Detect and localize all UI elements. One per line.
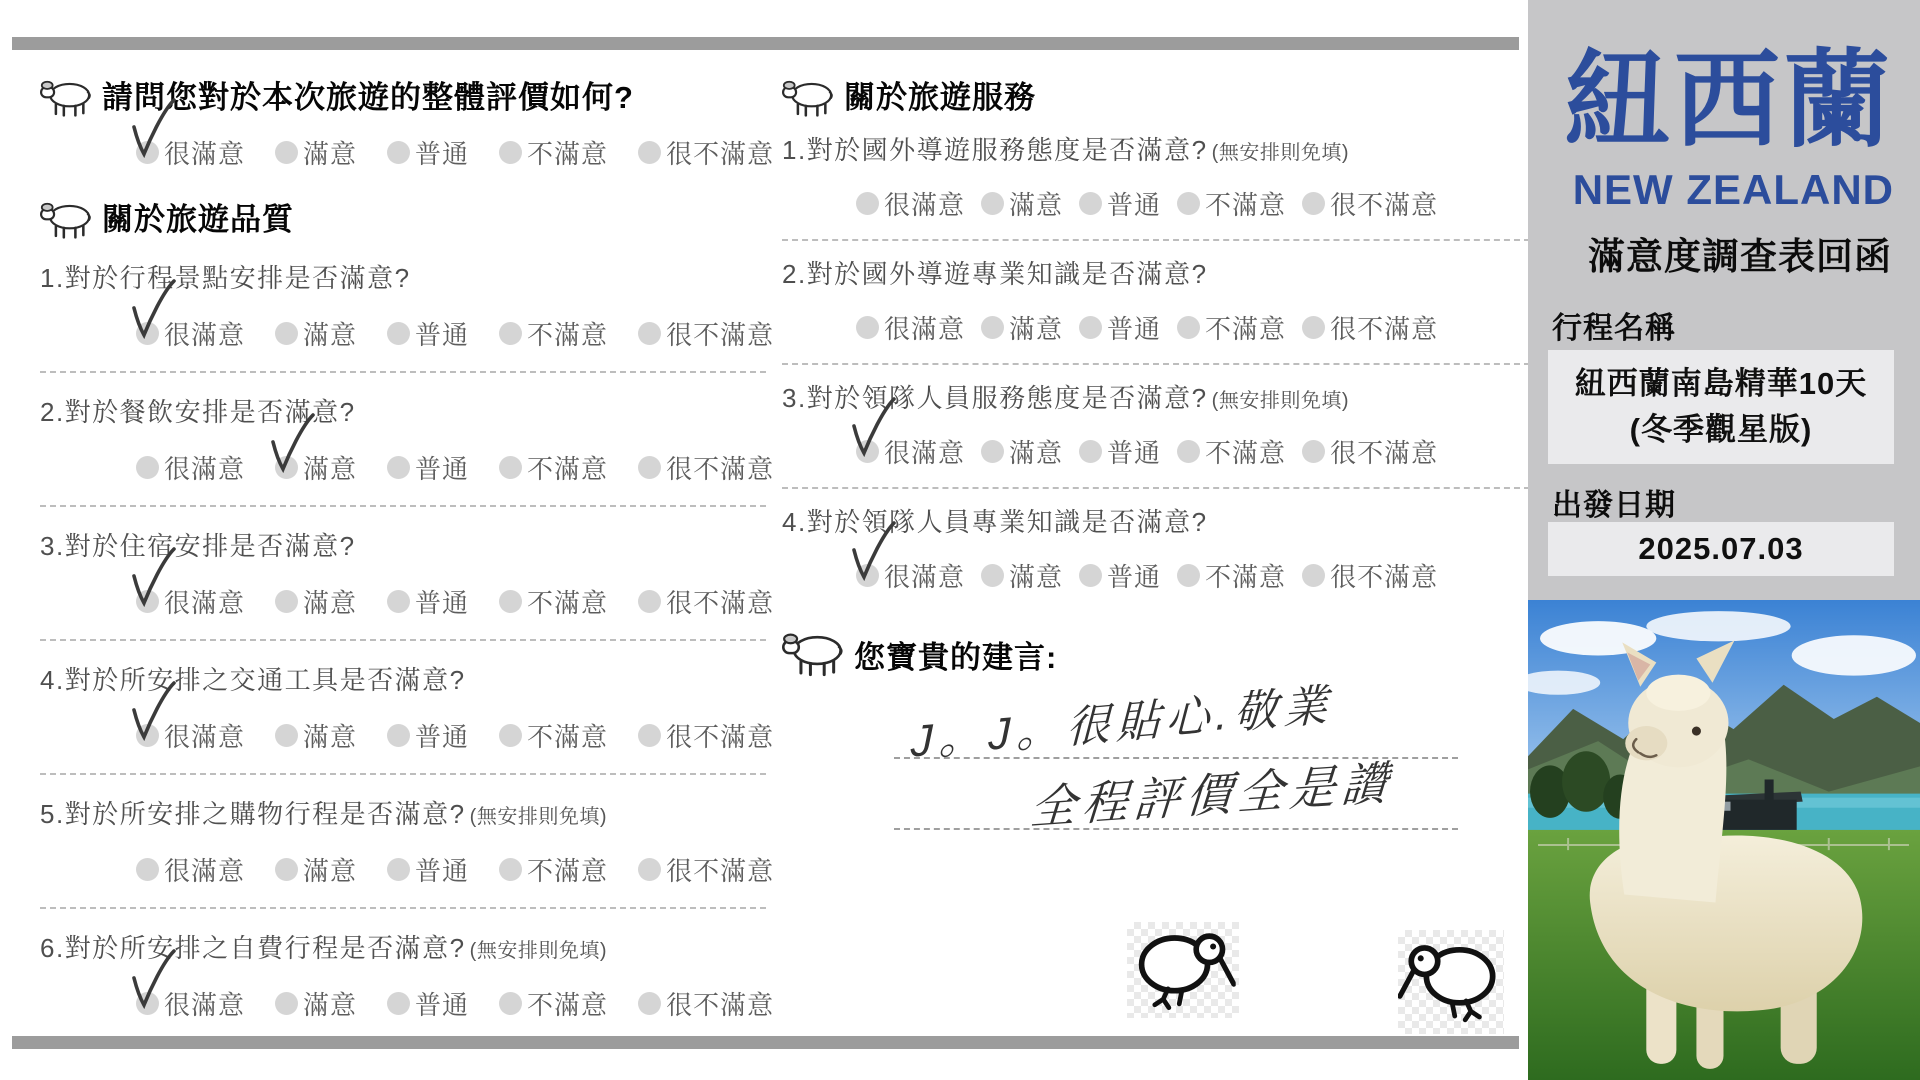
option-label: 普通 bbox=[1107, 557, 1161, 594]
handwriting-text: 全程評價全是讚 bbox=[1028, 746, 1396, 838]
radio-dot-icon[interactable] bbox=[856, 192, 879, 215]
itinerary-label: 行程名稱 bbox=[1552, 303, 1676, 347]
handwriting-area: J。J。很貼心.敬業 全程評價全是讚 bbox=[782, 685, 1530, 915]
radio-option[interactable]: 不滿意 bbox=[499, 717, 608, 754]
radio-option[interactable]: 很不滿意 bbox=[638, 583, 774, 620]
radio-option[interactable]: 很滿意 bbox=[856, 185, 965, 222]
radio-option[interactable]: 很滿意 bbox=[136, 851, 245, 888]
options-row: 很滿意滿意普通不滿意很不滿意 bbox=[136, 988, 766, 1019]
left-column: 請問您對於本次旅遊的整體評價如何? 很滿意滿意普通不滿意很不滿意 關於旅遊品質 … bbox=[40, 60, 766, 1019]
radio-dot-icon[interactable] bbox=[275, 141, 298, 164]
radio-option[interactable]: 很滿意 bbox=[136, 449, 245, 486]
radio-option[interactable]: 不滿意 bbox=[1177, 433, 1286, 470]
radio-dot-icon[interactable] bbox=[136, 322, 159, 345]
question-text: 3.對於領隊人員服務態度是否滿意?(無安排則免填) bbox=[782, 381, 1530, 418]
question-label: 1.對於國外導遊服務態度是否滿意? bbox=[782, 135, 1208, 165]
question-text: 6.對於所安排之自費行程是否滿意?(無安排則免填) bbox=[40, 931, 766, 968]
option-label: 很不滿意 bbox=[666, 449, 774, 486]
radio-option[interactable]: 不滿意 bbox=[1177, 557, 1286, 594]
option-label: 普通 bbox=[415, 717, 469, 754]
radio-option[interactable]: 很滿意 bbox=[136, 134, 245, 171]
radio-dot-icon[interactable] bbox=[387, 456, 410, 479]
radio-option[interactable]: 普通 bbox=[1079, 433, 1161, 470]
option-label: 滿意 bbox=[303, 717, 357, 754]
destination-title-zh: 紐西蘭 bbox=[1564, 46, 1894, 156]
radio-option[interactable]: 不滿意 bbox=[499, 985, 608, 1022]
radio-option[interactable]: 滿意 bbox=[981, 309, 1063, 346]
radio-option[interactable]: 很滿意 bbox=[136, 985, 245, 1022]
options-row: 很滿意滿意普通不滿意很不滿意 bbox=[136, 452, 766, 483]
radio-option[interactable]: 滿意 bbox=[275, 583, 357, 620]
radio-option[interactable]: 普通 bbox=[387, 717, 469, 754]
radio-option[interactable]: 很不滿意 bbox=[638, 449, 774, 486]
radio-option[interactable]: 普通 bbox=[387, 134, 469, 171]
quality-section-title: 關於旅遊品質 bbox=[102, 194, 294, 239]
question-note: (無安排則免填) bbox=[470, 940, 607, 962]
option-label: 普通 bbox=[415, 851, 469, 888]
separator bbox=[40, 505, 766, 507]
departure-date-box: 2025.07.03 bbox=[1548, 522, 1894, 576]
overall-section-title: 請問您對於本次旅遊的整體評價如何? bbox=[102, 72, 634, 117]
question-text: 4.對於所安排之交通工具是否滿意? bbox=[40, 663, 766, 700]
question-block: 3.對於領隊人員服務態度是否滿意?(無安排則免填) 很滿意滿意普通不滿意很不滿意 bbox=[782, 381, 1530, 489]
radio-dot-icon[interactable] bbox=[387, 590, 410, 613]
option-label: 很滿意 bbox=[164, 315, 245, 352]
sheep-icon bbox=[782, 79, 834, 117]
radio-dot-icon[interactable] bbox=[1302, 440, 1325, 463]
radio-option[interactable]: 很滿意 bbox=[136, 583, 245, 620]
radio-option[interactable]: 滿意 bbox=[275, 315, 357, 352]
radio-dot-icon[interactable] bbox=[136, 858, 159, 881]
separator bbox=[40, 773, 766, 775]
survey-form-page: 請問您對於本次旅遊的整體評價如何? 很滿意滿意普通不滿意很不滿意 關於旅遊品質 … bbox=[0, 0, 1920, 1080]
radio-dot-icon[interactable] bbox=[638, 590, 661, 613]
options-row: 很滿意滿意普通不滿意很不滿意 bbox=[136, 720, 766, 751]
bottom-gray-bar bbox=[12, 1036, 1519, 1049]
option-label: 普通 bbox=[1107, 185, 1161, 222]
question-text: 2.對於餐飲安排是否滿意? bbox=[40, 395, 766, 432]
option-label: 很滿意 bbox=[164, 449, 245, 486]
radio-dot-icon[interactable] bbox=[638, 141, 661, 164]
radio-option[interactable]: 不滿意 bbox=[1177, 309, 1286, 346]
radio-dot-icon[interactable] bbox=[499, 141, 522, 164]
radio-option[interactable]: 滿意 bbox=[981, 433, 1063, 470]
radio-dot-icon[interactable] bbox=[856, 564, 879, 587]
radio-dot-icon[interactable] bbox=[1177, 564, 1200, 587]
radio-option[interactable]: 滿意 bbox=[981, 185, 1063, 222]
question-text: 1.對於行程景點安排是否滿意? bbox=[40, 261, 766, 298]
option-label: 不滿意 bbox=[527, 717, 608, 754]
radio-option[interactable]: 很不滿意 bbox=[1302, 557, 1438, 594]
radio-option[interactable]: 普通 bbox=[387, 315, 469, 352]
radio-option[interactable]: 很滿意 bbox=[856, 309, 965, 346]
options-row: 很滿意滿意普通不滿意很不滿意 bbox=[856, 436, 1530, 467]
radio-option[interactable]: 普通 bbox=[387, 985, 469, 1022]
question-block: 1.對於行程景點安排是否滿意? 很滿意滿意普通不滿意很不滿意 bbox=[40, 261, 766, 373]
question-text: 3.對於住宿安排是否滿意? bbox=[40, 529, 766, 566]
radio-dot-icon[interactable] bbox=[136, 992, 159, 1015]
separator bbox=[40, 907, 766, 909]
radio-dot-icon[interactable] bbox=[856, 440, 879, 463]
option-label: 普通 bbox=[415, 985, 469, 1022]
overall-section-header: 請問您對於本次旅遊的整體評價如何? bbox=[40, 72, 766, 117]
option-label: 很滿意 bbox=[164, 134, 245, 171]
radio-option[interactable]: 滿意 bbox=[275, 717, 357, 754]
option-label: 滿意 bbox=[303, 851, 357, 888]
radio-dot-icon[interactable] bbox=[499, 724, 522, 747]
radio-option[interactable]: 不滿意 bbox=[499, 315, 608, 352]
question-text: 5.對於所安排之購物行程是否滿意?(無安排則免填) bbox=[40, 797, 766, 834]
suggestion-section-header: 您寶貴的建言: bbox=[782, 631, 1530, 677]
right-column: 關於旅遊服務 1.對於國外導遊服務態度是否滿意?(無安排則免填) 很滿意滿意普通… bbox=[782, 60, 1530, 915]
sheep-icon bbox=[40, 201, 92, 239]
option-label: 很不滿意 bbox=[666, 717, 774, 754]
radio-dot-icon[interactable] bbox=[136, 724, 159, 747]
options-row: 很滿意滿意普通不滿意很不滿意 bbox=[136, 137, 766, 168]
radio-dot-icon[interactable] bbox=[1177, 316, 1200, 339]
question-block: 1.對於國外導遊服務態度是否滿意?(無安排則免填) 很滿意滿意普通不滿意很不滿意 bbox=[782, 133, 1530, 241]
departure-date-value: 2025.07.03 bbox=[1638, 531, 1803, 567]
options-row: 很滿意滿意普通不滿意很不滿意 bbox=[136, 318, 766, 349]
radio-dot-icon[interactable] bbox=[275, 322, 298, 345]
separator bbox=[40, 371, 766, 373]
radio-dot-icon[interactable] bbox=[1302, 316, 1325, 339]
option-label: 很滿意 bbox=[884, 433, 965, 470]
radio-dot-icon[interactable] bbox=[136, 456, 159, 479]
radio-dot-icon[interactable] bbox=[1302, 192, 1325, 215]
option-label: 普通 bbox=[1107, 433, 1161, 470]
option-label: 滿意 bbox=[1009, 185, 1063, 222]
option-label: 很滿意 bbox=[884, 185, 965, 222]
option-label: 不滿意 bbox=[1205, 185, 1286, 222]
radio-option[interactable]: 滿意 bbox=[275, 851, 357, 888]
option-label: 很不滿意 bbox=[1330, 557, 1438, 594]
question-block: 2.對於餐飲安排是否滿意? 很滿意滿意普通不滿意很不滿意 bbox=[40, 395, 766, 507]
question-label: 6.對於所安排之自費行程是否滿意? bbox=[40, 933, 466, 963]
radio-option[interactable]: 很滿意 bbox=[136, 315, 245, 352]
question-note: (無安排則免填) bbox=[470, 806, 607, 828]
radio-dot-icon[interactable] bbox=[275, 590, 298, 613]
kiwi-icon bbox=[1398, 930, 1504, 1034]
sidebar: 紐西蘭 NEW ZEALAND 滿意度調查表回函 行程名稱 紐西蘭南島精華10天… bbox=[1528, 0, 1920, 1080]
option-label: 不滿意 bbox=[1205, 309, 1286, 346]
radio-dot-icon[interactable] bbox=[136, 590, 159, 613]
question-block: 3.對於住宿安排是否滿意? 很滿意滿意普通不滿意很不滿意 bbox=[40, 529, 766, 641]
option-label: 不滿意 bbox=[527, 134, 608, 171]
radio-dot-icon[interactable] bbox=[275, 724, 298, 747]
radio-dot-icon[interactable] bbox=[387, 141, 410, 164]
question-label: 5.對於所安排之購物行程是否滿意? bbox=[40, 799, 466, 829]
question-block: 4.對於所安排之交通工具是否滿意? 很滿意滿意普通不滿意很不滿意 bbox=[40, 663, 766, 775]
radio-dot-icon[interactable] bbox=[1302, 564, 1325, 587]
radio-option[interactable]: 很滿意 bbox=[856, 433, 965, 470]
option-label: 很滿意 bbox=[164, 851, 245, 888]
option-label: 不滿意 bbox=[527, 449, 608, 486]
option-label: 不滿意 bbox=[527, 851, 608, 888]
question-label: 2.對於餐飲安排是否滿意? bbox=[40, 397, 356, 427]
option-label: 很滿意 bbox=[164, 583, 245, 620]
option-label: 不滿意 bbox=[1205, 557, 1286, 594]
radio-option[interactable]: 普通 bbox=[1079, 185, 1161, 222]
radio-option[interactable]: 很滿意 bbox=[136, 717, 245, 754]
radio-dot-icon[interactable] bbox=[499, 858, 522, 881]
question-block: 6.對於所安排之自費行程是否滿意?(無安排則免填) 很滿意滿意普通不滿意很不滿意 bbox=[40, 931, 766, 1019]
radio-option[interactable]: 不滿意 bbox=[499, 449, 608, 486]
option-label: 很不滿意 bbox=[666, 583, 774, 620]
option-label: 不滿意 bbox=[527, 985, 608, 1022]
radio-option[interactable]: 滿意 bbox=[275, 985, 357, 1022]
radio-option[interactable]: 普通 bbox=[387, 583, 469, 620]
question-note: (無安排則免填) bbox=[1212, 142, 1349, 164]
options-row: 很滿意滿意普通不滿意很不滿意 bbox=[856, 188, 1530, 219]
radio-dot-icon[interactable] bbox=[638, 322, 661, 345]
radio-dot-icon[interactable] bbox=[499, 992, 522, 1015]
radio-dot-icon[interactable] bbox=[387, 724, 410, 747]
option-label: 很滿意 bbox=[164, 985, 245, 1022]
radio-option[interactable]: 很不滿意 bbox=[638, 851, 774, 888]
option-label: 很不滿意 bbox=[1330, 185, 1438, 222]
option-label: 很不滿意 bbox=[666, 851, 774, 888]
option-label: 很不滿意 bbox=[1330, 433, 1438, 470]
radio-dot-icon[interactable] bbox=[1177, 440, 1200, 463]
itinerary-name-line1: 紐西蘭南島精華10天 bbox=[1575, 361, 1867, 407]
alpaca-photo bbox=[1528, 600, 1920, 1080]
question-label: 4.對於領隊人員專業知識是否滿意? bbox=[782, 507, 1208, 537]
question-block: 2.對於國外導遊專業知識是否滿意? 很滿意滿意普通不滿意很不滿意 bbox=[782, 257, 1530, 365]
date-label: 出發日期 bbox=[1552, 480, 1676, 524]
option-label: 很不滿意 bbox=[1330, 309, 1438, 346]
radio-dot-icon[interactable] bbox=[638, 724, 661, 747]
radio-option[interactable]: 不滿意 bbox=[499, 583, 608, 620]
suggestion-section: 您寶貴的建言: J。J。很貼心.敬業 全程評價全是讚 bbox=[782, 631, 1530, 915]
itinerary-name-box: 紐西蘭南島精華10天 (冬季觀星版) bbox=[1548, 350, 1894, 464]
question-text: 4.對於領隊人員專業知識是否滿意? bbox=[782, 505, 1530, 542]
question-note: (無安排則免填) bbox=[1212, 390, 1349, 412]
question-block: 4.對於領隊人員專業知識是否滿意? 很滿意滿意普通不滿意很不滿意 bbox=[782, 505, 1530, 591]
option-label: 普通 bbox=[415, 315, 469, 352]
separator bbox=[782, 487, 1530, 489]
radio-dot-icon[interactable] bbox=[499, 322, 522, 345]
radio-dot-icon[interactable] bbox=[1079, 440, 1102, 463]
option-label: 普通 bbox=[415, 583, 469, 620]
radio-dot-icon[interactable] bbox=[275, 992, 298, 1015]
option-label: 不滿意 bbox=[1205, 433, 1286, 470]
radio-dot-icon[interactable] bbox=[275, 858, 298, 881]
radio-dot-icon[interactable] bbox=[387, 858, 410, 881]
options-row: 很滿意滿意普通不滿意很不滿意 bbox=[136, 586, 766, 617]
radio-dot-icon[interactable] bbox=[981, 564, 1004, 587]
service-section-header: 關於旅遊服務 bbox=[782, 72, 1530, 117]
quality-section-header: 關於旅遊品質 bbox=[40, 194, 766, 239]
question-label: 3.對於住宿安排是否滿意? bbox=[40, 531, 356, 561]
option-label: 滿意 bbox=[303, 985, 357, 1022]
suggestion-section-title: 您寶貴的建言: bbox=[854, 632, 1057, 677]
top-gray-bar bbox=[12, 37, 1519, 50]
radio-option[interactable]: 不滿意 bbox=[499, 134, 608, 171]
radio-option[interactable]: 滿意 bbox=[275, 449, 357, 486]
radio-dot-icon[interactable] bbox=[387, 322, 410, 345]
option-label: 很滿意 bbox=[164, 717, 245, 754]
radio-dot-icon[interactable] bbox=[638, 456, 661, 479]
question-text: 2.對於國外導遊專業知識是否滿意? bbox=[782, 257, 1530, 294]
question-block: 5.對於所安排之購物行程是否滿意?(無安排則免填) 很滿意滿意普通不滿意很不滿意 bbox=[40, 797, 766, 909]
kiwi-icon bbox=[1127, 922, 1239, 1018]
separator bbox=[782, 363, 1530, 365]
radio-dot-icon[interactable] bbox=[1079, 316, 1102, 339]
radio-dot-icon[interactable] bbox=[1079, 564, 1102, 587]
form-subtitle: 滿意度調查表回函 bbox=[1588, 226, 1892, 280]
option-label: 很不滿意 bbox=[666, 985, 774, 1022]
option-label: 普通 bbox=[415, 134, 469, 171]
question-label: 4.對於所安排之交通工具是否滿意? bbox=[40, 665, 466, 695]
radio-dot-icon[interactable] bbox=[981, 440, 1004, 463]
service-section-title: 關於旅遊服務 bbox=[844, 72, 1036, 117]
sheep-icon bbox=[40, 79, 92, 117]
option-label: 很滿意 bbox=[884, 557, 965, 594]
radio-option[interactable]: 很不滿意 bbox=[638, 134, 774, 171]
question-label: 2.對於國外導遊專業知識是否滿意? bbox=[782, 259, 1208, 289]
option-label: 滿意 bbox=[303, 315, 357, 352]
radio-option[interactable]: 很不滿意 bbox=[1302, 185, 1438, 222]
radio-option[interactable]: 普通 bbox=[387, 449, 469, 486]
option-label: 滿意 bbox=[1009, 433, 1063, 470]
radio-dot-icon[interactable] bbox=[856, 316, 879, 339]
radio-dot-icon[interactable] bbox=[1079, 192, 1102, 215]
options-row: 很滿意滿意普通不滿意很不滿意 bbox=[856, 312, 1530, 343]
radio-dot-icon[interactable] bbox=[387, 992, 410, 1015]
option-label: 滿意 bbox=[303, 583, 357, 620]
option-label: 不滿意 bbox=[527, 315, 608, 352]
option-label: 普通 bbox=[1107, 309, 1161, 346]
radio-dot-icon[interactable] bbox=[1177, 192, 1200, 215]
radio-dot-icon[interactable] bbox=[981, 316, 1004, 339]
radio-dot-icon[interactable] bbox=[981, 192, 1004, 215]
itinerary-name-line2: (冬季觀星版) bbox=[1630, 407, 1813, 453]
radio-option[interactable]: 普通 bbox=[1079, 309, 1161, 346]
option-label: 很不滿意 bbox=[666, 134, 774, 171]
sheep-icon bbox=[782, 631, 844, 677]
radio-option[interactable]: 很不滿意 bbox=[1302, 433, 1438, 470]
option-label: 滿意 bbox=[303, 449, 357, 486]
radio-option[interactable]: 滿意 bbox=[275, 134, 357, 171]
radio-option[interactable]: 很不滿意 bbox=[638, 315, 774, 352]
separator bbox=[782, 239, 1530, 241]
radio-option[interactable]: 滿意 bbox=[981, 557, 1063, 594]
radio-option[interactable]: 普通 bbox=[387, 851, 469, 888]
radio-dot-icon[interactable] bbox=[638, 858, 661, 881]
radio-option[interactable]: 很不滿意 bbox=[638, 717, 774, 754]
radio-option[interactable]: 很不滿意 bbox=[1302, 309, 1438, 346]
destination-title-en: NEW ZEALAND bbox=[1573, 166, 1894, 214]
radio-option[interactable]: 不滿意 bbox=[499, 851, 608, 888]
radio-option[interactable]: 很滿意 bbox=[856, 557, 965, 594]
options-row: 很滿意滿意普通不滿意很不滿意 bbox=[856, 560, 1530, 591]
radio-option[interactable]: 不滿意 bbox=[1177, 185, 1286, 222]
question-text: 1.對於國外導遊服務態度是否滿意?(無安排則免填) bbox=[782, 133, 1530, 170]
radio-dot-icon[interactable] bbox=[136, 141, 159, 164]
writing-rule-line bbox=[894, 828, 1458, 830]
radio-dot-icon[interactable] bbox=[638, 992, 661, 1015]
option-label: 滿意 bbox=[1009, 557, 1063, 594]
radio-option[interactable]: 很不滿意 bbox=[638, 985, 774, 1022]
question-label: 1.對於行程景點安排是否滿意? bbox=[40, 263, 411, 293]
question-label: 3.對於領隊人員服務態度是否滿意? bbox=[782, 383, 1208, 413]
option-label: 很滿意 bbox=[884, 309, 965, 346]
option-label: 普通 bbox=[415, 449, 469, 486]
option-label: 滿意 bbox=[1009, 309, 1063, 346]
option-label: 很不滿意 bbox=[666, 315, 774, 352]
separator bbox=[40, 639, 766, 641]
options-row: 很滿意滿意普通不滿意很不滿意 bbox=[136, 854, 766, 885]
radio-option[interactable]: 普通 bbox=[1079, 557, 1161, 594]
radio-dot-icon[interactable] bbox=[499, 590, 522, 613]
radio-dot-icon[interactable] bbox=[499, 456, 522, 479]
option-label: 不滿意 bbox=[527, 583, 608, 620]
radio-dot-icon[interactable] bbox=[275, 456, 298, 479]
option-label: 滿意 bbox=[303, 134, 357, 171]
